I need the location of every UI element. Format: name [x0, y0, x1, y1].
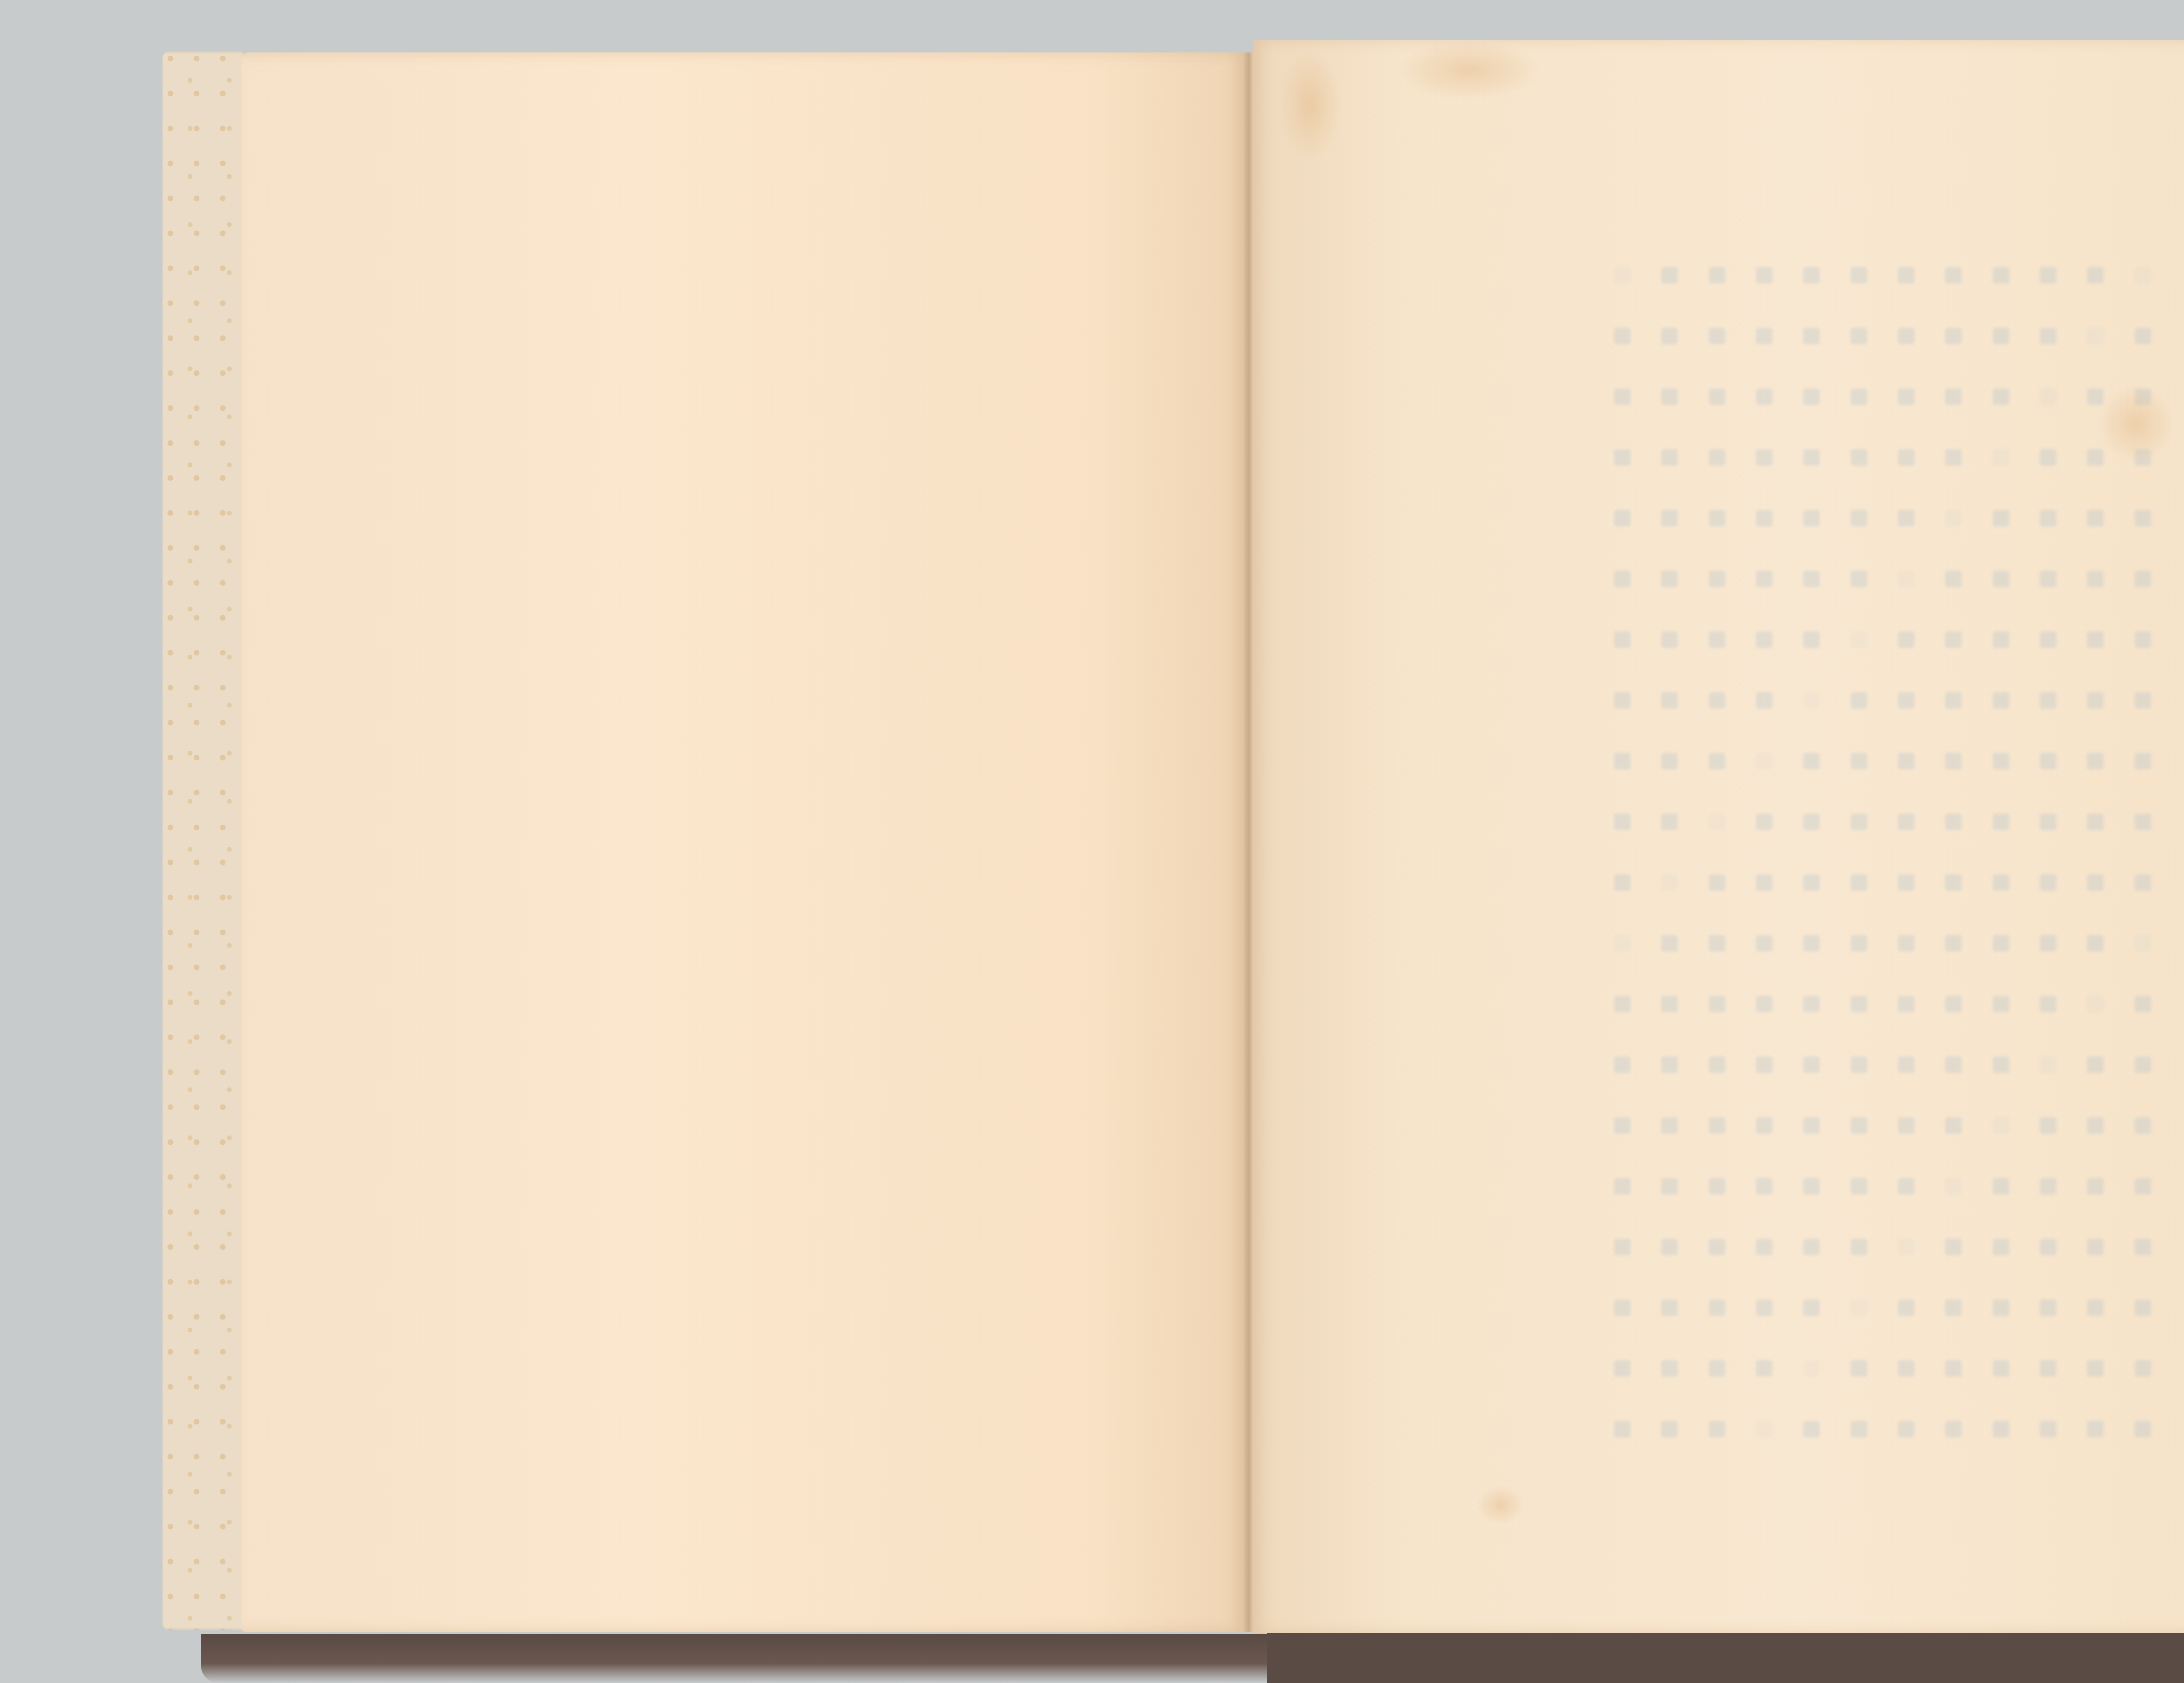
show-through-glyph	[1614, 1239, 1631, 1255]
show-through-glyph	[1898, 631, 1914, 648]
show-through-glyph	[2135, 1178, 2151, 1195]
show-through-glyph	[1898, 267, 1914, 284]
show-through-glyph	[1993, 1299, 2009, 1316]
show-through-glyph	[1993, 692, 2009, 709]
water-stain	[1280, 48, 1341, 162]
show-through-glyph	[2040, 692, 2056, 709]
show-through-glyph	[1614, 692, 1631, 709]
show-through-glyph	[1993, 449, 2009, 466]
show-through-glyph	[2040, 1056, 2056, 1073]
show-through-glyph	[1993, 1056, 2009, 1073]
show-through-glyph	[1661, 1299, 1678, 1316]
show-through-glyph	[2040, 571, 2056, 587]
show-through-glyph	[2087, 996, 2104, 1012]
show-through-glyph	[1661, 935, 1678, 952]
show-through-glyph	[1709, 753, 1725, 769]
show-through-glyph	[1661, 1056, 1678, 1073]
show-through-glyph	[1945, 1117, 1962, 1134]
show-through-glyph	[2087, 1360, 2104, 1377]
water-stain	[1398, 39, 1542, 100]
show-through-glyph	[1614, 267, 1631, 284]
show-through-glyph	[1945, 328, 1962, 344]
show-through-glyph	[2040, 388, 2056, 405]
show-through-glyph	[2135, 1421, 2151, 1437]
show-through-glyph	[2040, 1239, 2056, 1255]
show-through-glyph	[1993, 388, 2009, 405]
show-through-glyph	[1803, 692, 1820, 709]
show-through-glyph	[2040, 449, 2056, 466]
show-through-glyph	[2087, 1239, 2104, 1255]
show-through-glyph	[1614, 996, 1631, 1012]
show-through-glyph	[2040, 1360, 2056, 1377]
show-through-glyph	[1614, 571, 1631, 587]
show-through-glyph	[2135, 1239, 2151, 1255]
show-through-glyph	[2040, 874, 2056, 891]
show-through-glyph	[1898, 935, 1914, 952]
show-through-glyph	[1851, 1421, 1867, 1437]
show-through-glyph	[2087, 753, 2104, 769]
show-through-glyph	[2135, 510, 2151, 526]
show-through-glyph	[1756, 267, 1773, 284]
show-through-glyph	[1851, 1360, 1867, 1377]
show-through-glyph	[1756, 935, 1773, 952]
show-through-glyph	[1945, 1178, 1962, 1195]
show-through-glyph	[1898, 1239, 1914, 1255]
show-through-glyph	[1661, 692, 1678, 709]
show-through-glyph	[1803, 1421, 1820, 1437]
show-through-glyph	[1709, 1421, 1725, 1437]
show-through-glyph	[1993, 328, 2009, 344]
show-through-text	[1599, 245, 2167, 1459]
show-through-glyph	[1945, 631, 1962, 648]
show-through-glyph	[2135, 692, 2151, 709]
show-through-glyph	[1993, 874, 2009, 891]
show-through-glyph	[2087, 631, 2104, 648]
show-through-glyph	[2040, 631, 2056, 648]
show-through-glyph	[1851, 692, 1867, 709]
show-through-glyph	[1614, 1299, 1631, 1316]
show-through-glyph	[1803, 510, 1820, 526]
show-through-glyph	[1945, 996, 1962, 1012]
show-through-glyph	[2135, 935, 2151, 952]
show-through-glyph	[1898, 874, 1914, 891]
show-through-glyph	[1851, 1299, 1867, 1316]
show-through-glyph	[1898, 1360, 1914, 1377]
show-through-glyph	[1898, 1178, 1914, 1195]
show-through-glyph	[1614, 631, 1631, 648]
show-through-glyph	[1993, 996, 2009, 1012]
show-through-glyph	[1803, 631, 1820, 648]
show-through-glyph	[2087, 935, 2104, 952]
show-through-glyph	[1614, 1117, 1631, 1134]
show-through-glyph	[1614, 449, 1631, 466]
show-through-glyph	[1851, 996, 1867, 1012]
book-gutter	[1244, 52, 1254, 1632]
show-through-glyph	[1898, 1117, 1914, 1134]
show-through-glyph	[1898, 753, 1914, 769]
show-through-glyph	[1661, 874, 1678, 891]
show-through-glyph	[1756, 1299, 1773, 1316]
show-through-glyph	[1803, 996, 1820, 1012]
show-through-glyph	[1756, 1056, 1773, 1073]
show-through-glyph	[2135, 1056, 2151, 1073]
show-through-glyph	[1661, 814, 1678, 830]
show-through-glyph	[1803, 571, 1820, 587]
show-through-glyph	[1851, 1178, 1867, 1195]
show-through-glyph	[1945, 1421, 1962, 1437]
show-through-glyph	[1851, 328, 1867, 344]
show-through-glyph	[1898, 814, 1914, 830]
show-through-glyph	[2087, 1056, 2104, 1073]
show-through-glyph	[1756, 388, 1773, 405]
show-through-glyph	[2087, 449, 2104, 466]
show-through-glyph	[1709, 571, 1725, 587]
show-through-glyph	[2135, 1117, 2151, 1134]
show-through-glyph	[1851, 753, 1867, 769]
show-through-glyph	[1756, 753, 1773, 769]
show-through-glyph	[2135, 996, 2151, 1012]
show-through-glyph	[1661, 328, 1678, 344]
book-cover-edge	[162, 52, 245, 1630]
show-through-glyph	[1661, 1117, 1678, 1134]
show-through-glyph	[1709, 814, 1725, 830]
show-through-glyph	[1898, 692, 1914, 709]
show-through-glyph	[1851, 1056, 1867, 1073]
show-through-glyph	[1709, 1360, 1725, 1377]
show-through-glyph	[1945, 1239, 1962, 1255]
show-through-glyph	[1709, 1178, 1725, 1195]
show-through-glyph	[1756, 510, 1773, 526]
show-through-glyph	[1851, 814, 1867, 830]
show-through-glyph	[2087, 1178, 2104, 1195]
show-through-glyph	[1851, 267, 1867, 284]
show-through-glyph	[1614, 935, 1631, 952]
show-through-glyph	[1803, 328, 1820, 344]
show-through-glyph	[1756, 631, 1773, 648]
show-through-glyph	[2040, 935, 2056, 952]
show-through-glyph	[1993, 1360, 2009, 1377]
show-through-glyph	[1945, 814, 1962, 830]
show-through-glyph	[1661, 1421, 1678, 1437]
show-through-glyph	[2040, 1117, 2056, 1134]
show-through-glyph	[1945, 753, 1962, 769]
show-through-glyph	[2040, 267, 2056, 284]
show-through-glyph	[2135, 1360, 2151, 1377]
show-through-glyph	[2087, 328, 2104, 344]
show-through-glyph	[1709, 1117, 1725, 1134]
show-through-glyph	[1945, 571, 1962, 587]
show-through-glyph	[1756, 692, 1773, 709]
show-through-glyph	[1756, 814, 1773, 830]
show-through-glyph	[1709, 1056, 1725, 1073]
show-through-glyph	[1803, 753, 1820, 769]
show-through-glyph	[1945, 874, 1962, 891]
show-through-glyph	[1661, 996, 1678, 1012]
show-through-glyph	[1803, 1178, 1820, 1195]
show-through-glyph	[1756, 1360, 1773, 1377]
show-through-glyph	[1709, 692, 1725, 709]
show-through-glyph	[1993, 753, 2009, 769]
show-through-glyph	[2040, 1178, 2056, 1195]
show-through-glyph	[1709, 328, 1725, 344]
show-through-glyph	[2087, 388, 2104, 405]
show-through-glyph	[2135, 328, 2151, 344]
show-through-glyph	[1756, 1117, 1773, 1134]
show-through-glyph	[1614, 1360, 1631, 1377]
show-through-glyph	[1993, 631, 2009, 648]
show-through-glyph	[1661, 753, 1678, 769]
show-through-glyph	[1993, 267, 2009, 284]
show-through-glyph	[1945, 388, 1962, 405]
show-through-glyph	[1851, 935, 1867, 952]
show-through-glyph	[2040, 996, 2056, 1012]
show-through-glyph	[1898, 1056, 1914, 1073]
show-through-glyph	[1803, 814, 1820, 830]
show-through-glyph	[1614, 814, 1631, 830]
show-through-glyph	[1756, 996, 1773, 1012]
show-through-glyph	[2087, 510, 2104, 526]
show-through-glyph	[1614, 388, 1631, 405]
show-through-glyph	[1709, 510, 1725, 526]
show-through-glyph	[1614, 1421, 1631, 1437]
show-through-glyph	[2135, 571, 2151, 587]
show-through-glyph	[1993, 571, 2009, 587]
show-through-glyph	[1993, 1239, 2009, 1255]
show-through-glyph	[1898, 449, 1914, 466]
show-through-glyph	[1661, 510, 1678, 526]
show-through-glyph	[1851, 631, 1867, 648]
show-through-glyph	[2040, 814, 2056, 830]
show-through-glyph	[1803, 388, 1820, 405]
show-through-glyph	[1756, 449, 1773, 466]
show-through-glyph	[1709, 1299, 1725, 1316]
book-shadow-right	[1267, 1625, 2184, 1683]
show-through-glyph	[1851, 449, 1867, 466]
show-through-glyph	[1898, 388, 1914, 405]
show-through-glyph	[2135, 753, 2151, 769]
show-through-glyph	[1945, 935, 1962, 952]
show-through-glyph	[1661, 631, 1678, 648]
show-through-glyph	[1945, 1360, 1962, 1377]
show-through-glyph	[1803, 1299, 1820, 1316]
show-through-glyph	[1993, 814, 2009, 830]
show-through-glyph	[1756, 1239, 1773, 1255]
show-through-glyph	[1851, 1239, 1867, 1255]
show-through-glyph	[1756, 1178, 1773, 1195]
show-through-glyph	[2135, 631, 2151, 648]
show-through-glyph	[1803, 874, 1820, 891]
show-through-glyph	[1614, 328, 1631, 344]
show-through-glyph	[1945, 449, 1962, 466]
show-through-glyph	[1851, 388, 1867, 405]
show-through-glyph	[1945, 510, 1962, 526]
show-through-glyph	[1898, 996, 1914, 1012]
show-through-glyph	[2087, 1299, 2104, 1316]
show-through-glyph	[1993, 1178, 2009, 1195]
show-through-glyph	[1756, 571, 1773, 587]
show-through-glyph	[1709, 631, 1725, 648]
show-through-glyph	[1614, 1056, 1631, 1073]
show-through-glyph	[2087, 874, 2104, 891]
foxing-stain	[1476, 1486, 1524, 1525]
show-through-glyph	[2040, 753, 2056, 769]
show-through-glyph	[1945, 267, 1962, 284]
left-page: Blank yellowed page with cover strip at …	[241, 52, 1246, 1632]
show-through-glyph	[1661, 571, 1678, 587]
show-through-glyph	[1851, 571, 1867, 587]
show-through-glyph	[1709, 996, 1725, 1012]
show-through-glyph	[1945, 1056, 1962, 1073]
show-through-glyph	[2087, 1421, 2104, 1437]
show-through-glyph	[1709, 935, 1725, 952]
show-through-glyph	[1661, 1239, 1678, 1255]
show-through-glyph	[1851, 510, 1867, 526]
show-through-glyph	[1709, 388, 1725, 405]
show-through-glyph	[2040, 328, 2056, 344]
show-through-glyph	[2135, 1299, 2151, 1316]
show-through-glyph	[1851, 1117, 1867, 1134]
show-through-glyph	[2040, 1299, 2056, 1316]
show-through-glyph	[1756, 1421, 1773, 1437]
show-through-glyph	[1945, 1299, 1962, 1316]
show-through-glyph	[1851, 874, 1867, 891]
show-through-glyph	[1614, 874, 1631, 891]
photo-scene: Blank yellowed page with cover strip at …	[0, 0, 2184, 1683]
show-through-glyph	[2040, 510, 2056, 526]
show-through-glyph	[2135, 267, 2151, 284]
show-through-glyph	[1614, 510, 1631, 526]
show-through-glyph	[1993, 1421, 2009, 1437]
foxing-stain	[2097, 384, 2175, 463]
show-through-glyph	[2087, 814, 2104, 830]
show-through-glyph	[1709, 1239, 1725, 1255]
show-through-glyph	[1803, 1360, 1820, 1377]
show-through-glyph	[2087, 1117, 2104, 1134]
show-through-glyph	[1803, 935, 1820, 952]
show-through-glyph	[1661, 449, 1678, 466]
show-through-glyph	[1803, 1056, 1820, 1073]
show-through-glyph	[1803, 1117, 1820, 1134]
show-through-glyph	[1709, 874, 1725, 891]
show-through-glyph	[1803, 449, 1820, 466]
show-through-glyph	[1945, 692, 1962, 709]
show-through-glyph	[1898, 1299, 1914, 1316]
show-through-glyph	[1756, 328, 1773, 344]
show-through-glyph	[1803, 267, 1820, 284]
show-through-glyph	[1661, 1360, 1678, 1377]
show-through-glyph	[1661, 388, 1678, 405]
show-through-glyph	[1614, 1178, 1631, 1195]
show-through-glyph	[1803, 1239, 1820, 1255]
show-through-glyph	[1661, 1178, 1678, 1195]
show-through-glyph	[1614, 753, 1631, 769]
show-through-glyph	[1898, 571, 1914, 587]
show-through-glyph	[2087, 692, 2104, 709]
show-through-glyph	[2087, 571, 2104, 587]
show-through-glyph	[1993, 935, 2009, 952]
show-through-glyph	[1756, 874, 1773, 891]
show-through-glyph	[2087, 267, 2104, 284]
show-through-glyph	[1993, 510, 2009, 526]
show-through-glyph	[2040, 1421, 2056, 1437]
show-through-glyph	[1898, 510, 1914, 526]
show-through-glyph	[1709, 267, 1725, 284]
show-through-glyph	[2135, 814, 2151, 830]
show-through-glyph	[1709, 449, 1725, 466]
show-through-glyph	[1898, 328, 1914, 344]
show-through-glyph	[1661, 267, 1678, 284]
show-through-glyph	[1898, 1421, 1914, 1437]
show-through-glyph	[2135, 874, 2151, 891]
show-through-glyph	[1993, 1117, 2009, 1134]
